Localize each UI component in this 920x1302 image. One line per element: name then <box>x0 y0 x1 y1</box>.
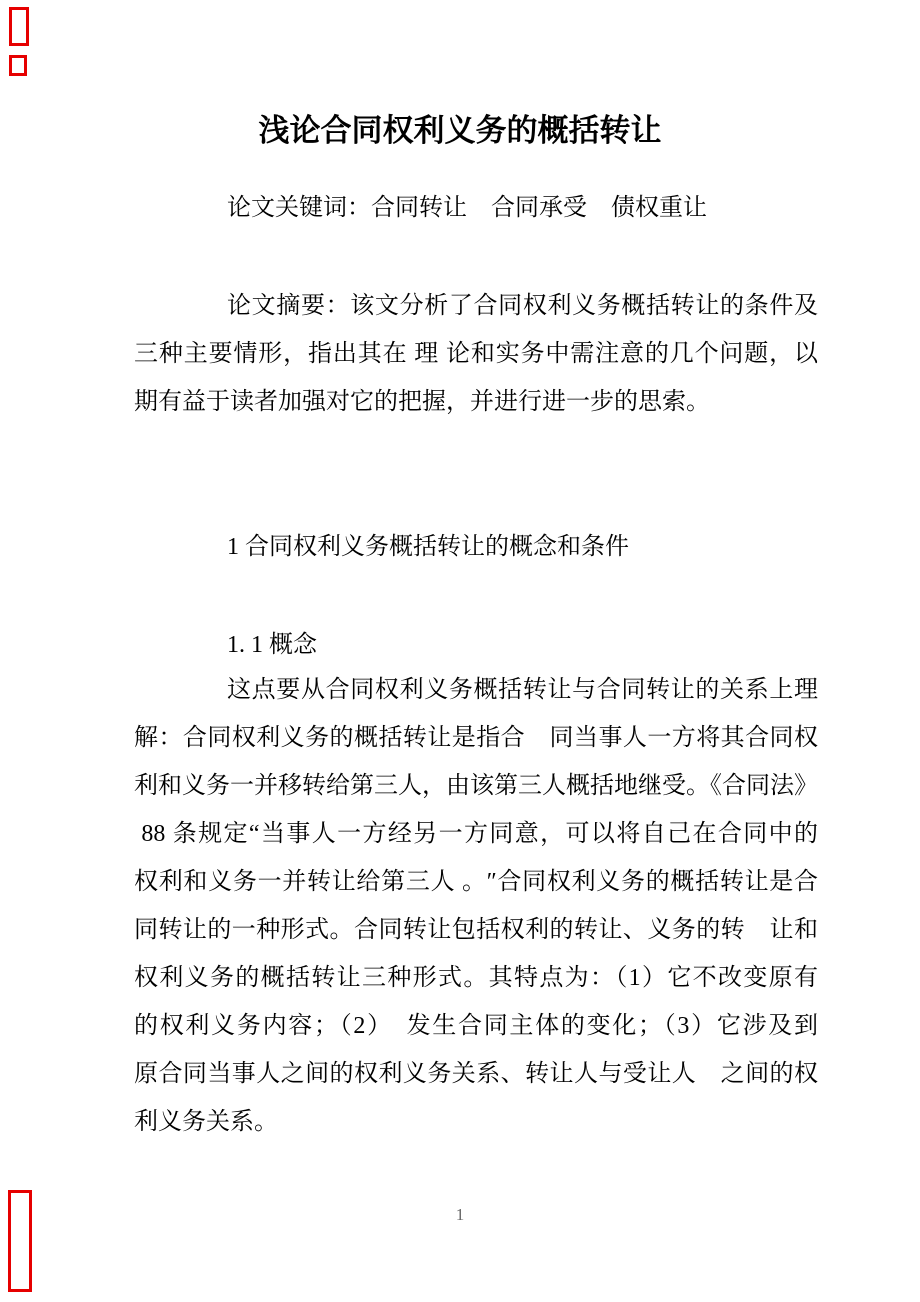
body-line: 利和义务一并移转给第三人，由该第三人概括地继受。《合同法》 <box>134 771 818 801</box>
body-line: 同转让的一种形式。合同转让包括权利的转让、义务的转 让和 <box>134 915 818 945</box>
body-line: 的权利义务内容；（2） 发生合同主体的变化；（3）它涉及到 <box>134 1011 818 1041</box>
abstract-line: 期有益于读者加强对它的把握，并进行进一步的思索。 <box>134 387 818 417</box>
red-mark-top-2 <box>9 55 27 76</box>
page-number: 1 <box>0 1206 920 1223</box>
body-line: 利义务关系。 <box>134 1107 818 1137</box>
body-line: 这点要从合同权利义务概括转让与合同转让的关系上理 <box>134 675 818 705</box>
abstract-line: 论文摘要：该文分析了合同权利义务概括转让的条件及 <box>134 291 818 321</box>
body-line: 权利和义务一并转让给第三人 。″合同权利义务的概括转让是合 <box>134 867 818 897</box>
document-page: 浅论合同权利义务的概括转让 论文关键词：合同转让 合同承受 债权重让 论文摘要：… <box>0 0 920 1302</box>
body-line: 88 条规定“当事人一方经另一方同意，可以将自己在合同中的 <box>134 819 818 849</box>
page-title: 浅论合同权利义务的概括转让 <box>0 113 920 150</box>
body-line: 原合同当事人之间的权利义务关系、转让人与受让人 之间的权 <box>134 1059 818 1089</box>
abstract-line: 三种主要情形，指出其在 理 论和实务中需注意的几个问题，以 <box>134 339 818 369</box>
section-heading-1: 1 合同权利义务概括转让的概念和条件 <box>134 532 818 562</box>
section-heading-1-1: 1. 1 概念 <box>134 630 818 660</box>
body-line: 解：合同权利义务的概括转让是指合 同当事人一方将其合同权 <box>134 723 818 753</box>
red-mark-top-1 <box>9 7 29 46</box>
keywords-line: 论文关键词：合同转让 合同承受 债权重让 <box>134 193 818 223</box>
body-line: 权利义务的概括转让三种形式。其特点为：（1）它不改变原有 <box>134 963 818 993</box>
